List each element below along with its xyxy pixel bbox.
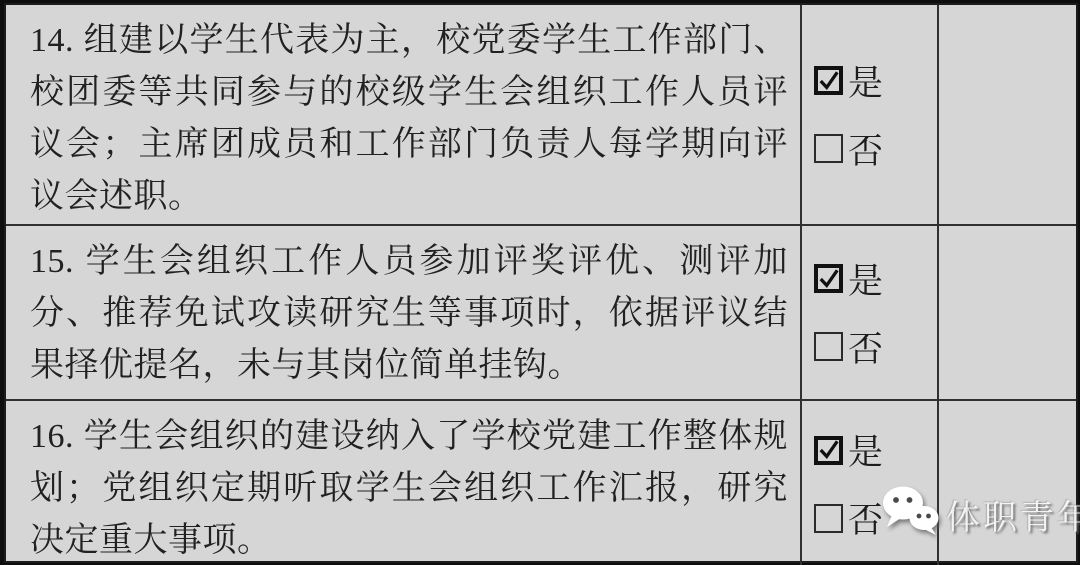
page: 14. 组建以学生代表为主，校党委学生工作部门、校团委等共同参与的校级学生会组织… (0, 0, 1080, 565)
no-option-14[interactable]: 否 (814, 124, 937, 174)
note-cell-15 (939, 226, 1076, 401)
watermark-text: 体职青年 (946, 501, 1080, 535)
checkbox-unchecked-icon[interactable] (814, 134, 843, 163)
no-label: 否 (848, 493, 883, 543)
question-cell-16: 16. 学生会组织的建设纳入了学校党建工作整体规划；党组织定期听取学生会组织工作… (6, 401, 802, 565)
note-cell-14 (939, 5, 1076, 226)
yes-option-14[interactable]: 是 (814, 56, 937, 106)
yes-label: 是 (848, 56, 883, 106)
yes-option-15[interactable]: 是 (814, 254, 937, 304)
no-label: 否 (848, 124, 883, 174)
no-option-15[interactable]: 否 (814, 322, 937, 372)
checkbox-checked-icon[interactable] (814, 436, 843, 465)
answer-cell-14: 是 否 (802, 5, 939, 226)
answer-cell-15: 是 否 (802, 226, 939, 401)
checkbox-checked-icon[interactable] (814, 66, 843, 95)
wechat-icon (882, 484, 940, 543)
checkbox-checked-icon[interactable] (814, 264, 843, 293)
assessment-table: 14. 组建以学生代表为主，校党委学生工作部门、校团委等共同参与的校级学生会组织… (4, 3, 1078, 563)
yes-option-16[interactable]: 是 (814, 425, 937, 475)
checkbox-unchecked-icon[interactable] (814, 332, 843, 361)
yes-label: 是 (848, 425, 883, 475)
question-cell-14: 14. 组建以学生代表为主，校党委学生工作部门、校团委等共同参与的校级学生会组织… (6, 5, 802, 226)
yes-label: 是 (848, 254, 883, 304)
watermark: 体职青年 (882, 484, 1080, 543)
checkbox-unchecked-icon[interactable] (814, 504, 843, 533)
no-label: 否 (848, 322, 883, 372)
question-cell-15: 15. 学生会组织工作人员参加评奖评优、测评加分、推荐免试攻读研究生等事项时，依… (6, 226, 802, 401)
